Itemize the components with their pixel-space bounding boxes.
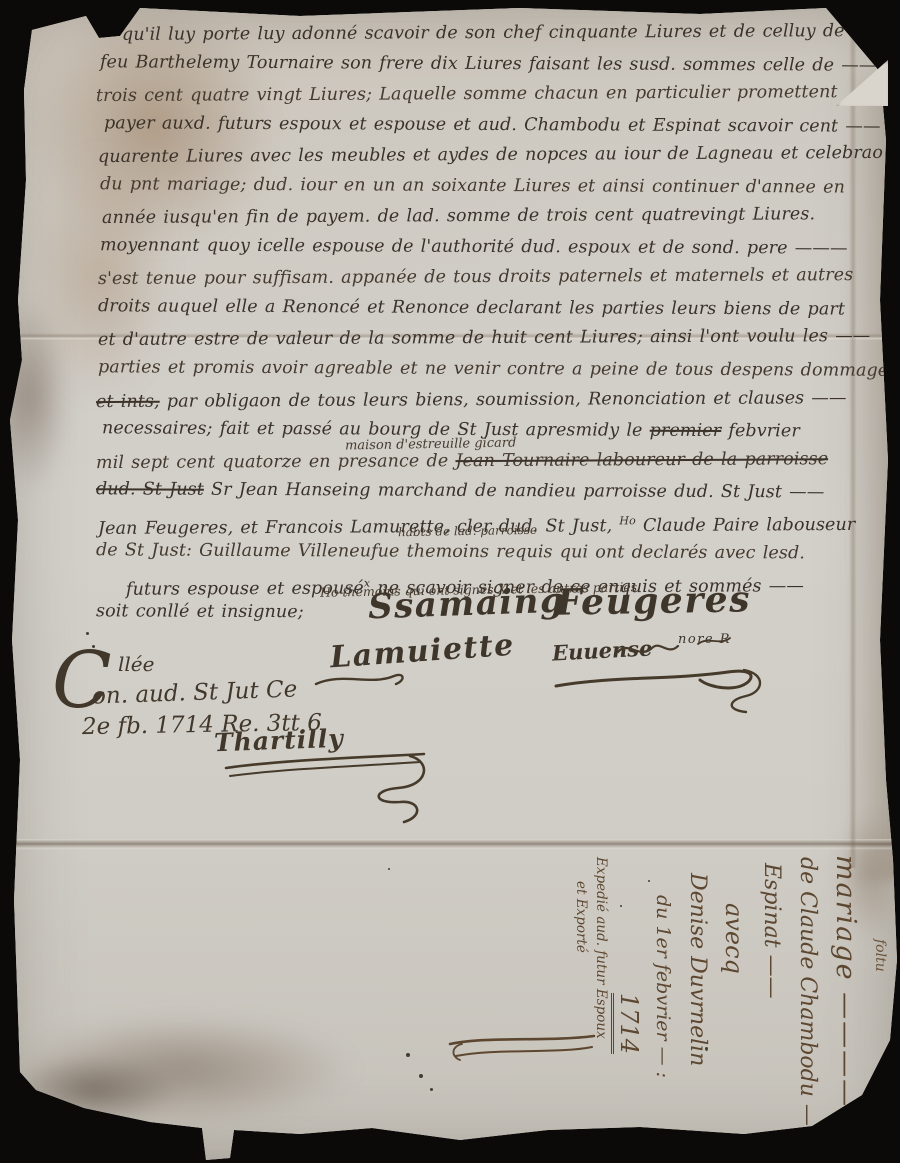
manuscript-line: et ints, par obligaon de tous leurs bien… [96,382,884,417]
manuscript-line: droits auquel elle a Renoncé et Renonce … [96,291,884,325]
stain-bottom-left-corner [8,1055,178,1125]
manuscript-text: Claude Paire labouseur [636,515,856,536]
manuscript-text: moyennant quoy icelle espouse de l'autho… [100,235,848,258]
manuscript-line: quarente Liures avec les meubles et ayde… [96,138,884,173]
docket-line-expedie: Expedié aud. futur Espoux [591,855,611,1155]
manuscript-text: qu'il luy porte luy adonné scavoir de so… [122,21,845,45]
docket-year: 1714 [611,993,643,1054]
docket-line-year: 1714 [611,855,647,1155]
docket-endorsement-block: foltu mariage ———— de Claude Chambodu — … [571,855,895,1155]
manuscript-line: et d'autre estre de valeur de la somme d… [96,321,884,356]
manuscript-text: s'est tenue pour suffisam. appanée de to… [98,265,853,289]
struck-text: dud. St Just [96,479,204,499]
signature-witness-ssamaing: Ssamaing [367,581,565,628]
manuscript-line: de St Just: Guillaume Villeneufue themoi… [96,536,884,570]
manuscript-line: dud. St Just Sr Jean Hanseing marchand d… [96,474,884,508]
ink-speck [620,905,622,907]
control-paraph-flourish [222,742,437,827]
manuscript-text: de St Just: Guillaume Villeneufue themoi… [96,541,805,564]
ink-dot [86,632,89,635]
manuscript-text: payer auxd. futurs espoux et espouse et … [104,113,881,136]
interline-house-note: maison d'estreuille gicard [345,436,517,454]
ink-speck [648,880,650,882]
ink-dot [406,1053,410,1057]
manuscript-text: quarente Liures avec les meubles et ayde… [98,143,884,167]
ink-speck [705,1047,708,1050]
control-ce-tail-flourish [312,668,412,692]
docket-line-mariage: mariage ———— [825,855,865,1155]
manuscript-line: feu Barthelemy Tournaire son frere dix L… [96,47,884,81]
manuscript-text: trois cent quatre vingt Liures; Laquelle… [96,82,838,106]
docket-folio-word: foltu [865,855,895,1155]
control-line-1: llée [118,652,154,676]
manuscript-text: Ho [619,514,635,527]
docket-underline-flourish [448,1034,598,1064]
docket-line-bride: Denise Duvrnelin [679,855,715,1155]
manuscript-text: du pnt mariage; dud. iour en un an soixa… [100,174,845,197]
manuscript-line: trois cent quatre vingt Liures; Laquelle… [96,77,884,112]
ink-dot [430,1088,433,1091]
manuscript-text: année iusqu'en fin de payem. de lad. som… [102,205,815,229]
docket-line-exporte: et Exporté [571,855,591,1155]
manuscript-line: s'est tenue pour suffisam. appanée de to… [96,260,884,295]
manuscript-text: parties et promis avoir agreable et ne v… [98,357,884,380]
manuscript-text: et d'autre estre de valeur de la somme d… [98,326,870,350]
interline-parish-note: habts de lad. parroisse [398,523,537,539]
manuscript-text: febvrier [721,421,800,441]
docket-line-date: du 1er febvrier — : [647,855,679,1155]
docket-line-groom: de Claude Chambodu — [789,855,825,1155]
photograph-of-manuscript: qu'il luy porte luy adonné scavoir de so… [0,0,900,1163]
docket-line-avecq: avecq [715,855,753,1155]
struck-text: Jean Tournaire laboureur de la parroisse [455,449,828,471]
struck-text: et ints, [96,391,160,411]
manuscript-line: parties et promis avoir agreable et ne v… [96,352,884,386]
signature-witness-feugeres: Feugeres [556,578,752,623]
manuscript-text: droits auquel elle a Renoncé et Renonce … [98,296,845,319]
notary-paraph-flourish [548,630,778,715]
manuscript-text: mil sept cent quatorze en presance de [96,451,455,473]
docket-line-groom2: Espinat —— [753,855,789,1155]
ink-dot [419,1074,423,1078]
fold-crease-lower [0,839,900,850]
manuscript-text: Sr Jean Hanseing marchand de nandieu par… [204,480,825,503]
ink-dot [92,645,95,648]
manuscript-line: moyennant quoy icelle espouse de l'autho… [96,230,884,264]
struck-text: premier [650,421,722,441]
manuscript-line: du pnt mariage; dud. iour en un an soixa… [96,169,884,203]
manuscript-text: soit conllé et insignue; [96,602,304,623]
manuscript-line: payer auxd. futurs espoux et espouse et … [96,108,884,142]
manuscript-line: année iusqu'en fin de payem. de lad. som… [96,199,884,234]
manuscript-text: par obligaon de tous leurs biens, soumis… [160,388,847,412]
manuscript-line: qu'il luy porte luy adonné scavoir de so… [96,18,884,51]
manuscript-text: feu Barthelemy Tournaire son frere dix L… [100,52,877,75]
ink-speck [388,868,390,870]
